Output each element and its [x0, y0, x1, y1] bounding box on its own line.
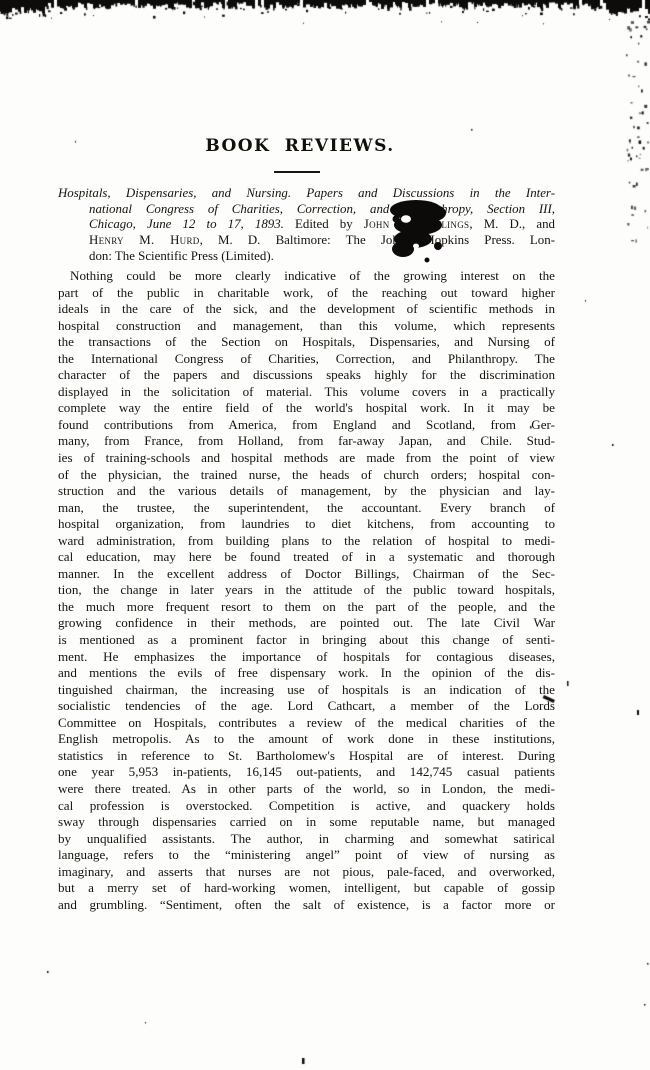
body-line: Committee on Hospitals, contributes a re…: [58, 715, 555, 732]
citation-text-segment: , M. D. Baltimore: The Johns Hopkins Pre…: [200, 233, 555, 247]
citation-text-segment: national Congress of Charities, Correcti…: [89, 202, 555, 216]
body-line: but a merry set of hard-working women, i…: [58, 880, 555, 897]
body-line: cal education, may here be found treated…: [58, 549, 555, 566]
heading-divider: [274, 171, 320, 173]
page-title: BOOK REVIEWS.: [0, 136, 600, 156]
body-line: character of the papers and discussions …: [58, 367, 555, 384]
citation-text-segment: John S. Billings: [364, 217, 470, 231]
body-line: man, the trustee, the superintendent, th…: [58, 500, 555, 517]
body-line: complete way the entire field of the wor…: [58, 400, 555, 417]
body-line: of the physician, the trained nurse, the…: [58, 467, 555, 484]
body-line: growing confidence in their methods, are…: [58, 615, 555, 632]
citation-text-segment: Hospitals, Dispensaries, and Nursing. Pa…: [58, 186, 555, 200]
citation-line: Chicago, June 12 to 17, 1893. Edited by …: [58, 217, 555, 233]
body-line: ideals in the care of the sick, and the …: [58, 301, 555, 318]
body-line: English metropolis. As to the amount of …: [58, 731, 555, 748]
body-line: ies of training-schools and hospital met…: [58, 450, 555, 467]
body-line: the transactions of the Section on Hospi…: [58, 334, 555, 351]
body-line: the much more frequent resort to them on…: [58, 599, 555, 616]
body-line: hospital organization, from laundries to…: [58, 516, 555, 533]
body-line: socialistic tendencies of the age. Lord …: [58, 698, 555, 715]
body-line: imaginary, and asserts that nurses are n…: [58, 864, 555, 881]
body-line: ment. He emphasizes the importance of ho…: [58, 649, 555, 666]
body-line: by unqualified assistants. The author, i…: [58, 831, 555, 848]
body-line: hospital construction and management, th…: [58, 318, 555, 335]
body-line: found contributions from America, from E…: [58, 417, 555, 434]
citation-text-segment: Chicago, June 12 to 17, 1893.: [89, 217, 284, 231]
citation-line: don: The Scientific Press (Limited).: [58, 249, 555, 265]
body-line: and grumbling. “Sentiment, often the sal…: [58, 897, 555, 914]
citation-block: Hospitals, Dispensaries, and Nursing. Pa…: [58, 186, 555, 265]
citation-text-segment: Edited by: [284, 217, 364, 231]
body-line: tion, the change in later years in the a…: [58, 582, 555, 599]
body-line: were there treated. As in other parts of…: [58, 781, 555, 798]
body-line: cal profession is overstocked. Competiti…: [58, 798, 555, 815]
body-line: one year 5,953 in-patients, 16,145 out-p…: [58, 764, 555, 781]
review-paragraph: Nothing could be more clearly indicative…: [58, 268, 555, 913]
body-line: many, from France, from Holland, from fa…: [58, 433, 555, 450]
body-line: displayed in the solicitation of materia…: [58, 384, 555, 401]
citation-text-segment: Henry M. Hurd: [89, 233, 200, 247]
body-line: the International Congress of Charities,…: [58, 351, 555, 368]
citation-line: Hospitals, Dispensaries, and Nursing. Pa…: [58, 186, 555, 202]
body-line: language, refers to the “ministering ang…: [58, 847, 555, 864]
body-line: part of the public in charitable work, o…: [58, 285, 555, 302]
scanned-book-page: BOOK REVIEWS. Hospitals, Dispensaries, a…: [0, 0, 650, 1070]
body-line: ward administration, from building plans…: [58, 533, 555, 550]
citation-line: national Congress of Charities, Correcti…: [58, 202, 555, 218]
citation-text-segment: don: The Scientific Press (Limited).: [89, 249, 274, 263]
body-line: sway through dispensaries carried on in …: [58, 814, 555, 831]
body-line: tinguished chairman, the increasing use …: [58, 682, 555, 699]
body-line: is mentioned as a prominent factor in br…: [58, 632, 555, 649]
citation-line: Henry M. Hurd, M. D. Baltimore: The John…: [58, 233, 555, 249]
body-line: statistics in reference to St. Bartholom…: [58, 748, 555, 765]
body-line: Nothing could be more clearly indicative…: [58, 268, 555, 285]
citation-text-segment: , M. D., and: [469, 217, 555, 231]
body-line: manner. In the excellent address of Doct…: [58, 566, 555, 583]
body-line: struction and the various details of man…: [58, 483, 555, 500]
body-line: and mentions the evils of free dispensar…: [58, 665, 555, 682]
